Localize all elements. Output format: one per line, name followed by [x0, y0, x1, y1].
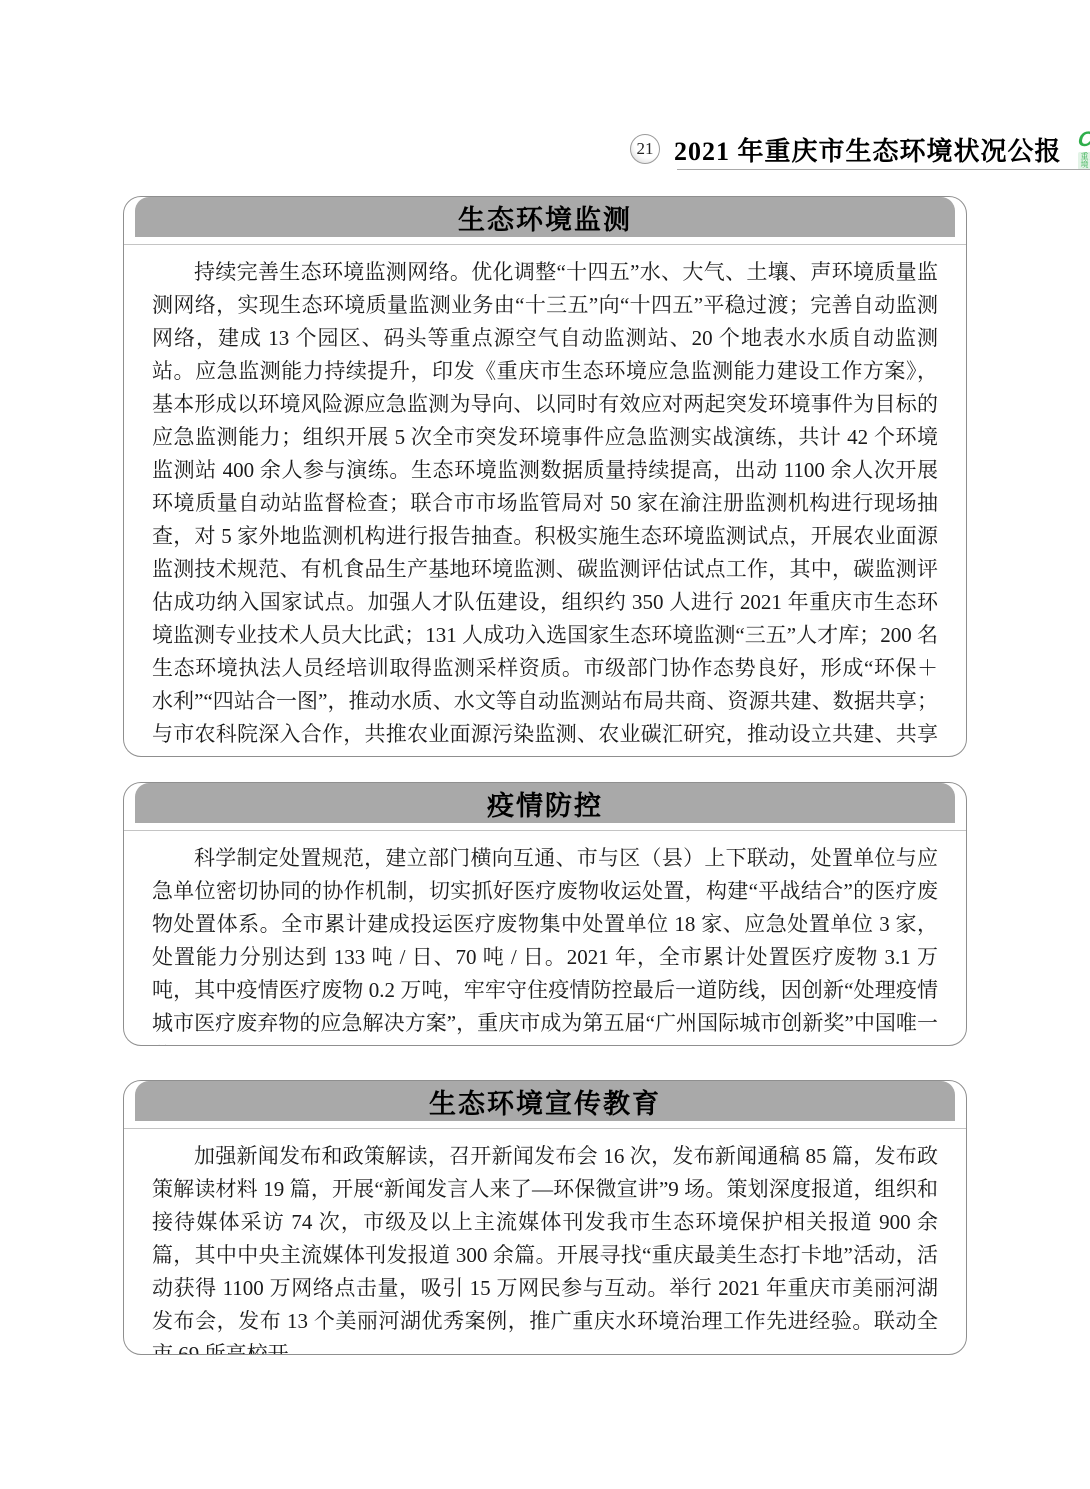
section-monitoring-paragraph: 持续完善生态环境监测网络。优化调整“十四五”水、大气、土壤、声环境质量监测网络，…: [152, 256, 938, 757]
section-education: 生态环境宣传教育 加强新闻发布和政策解读，召开新闻发布会 16 次，发布新闻通稿…: [123, 1080, 967, 1355]
page-number: 21: [637, 139, 654, 159]
section-epidemic-title-bar: 疫情防控: [135, 783, 955, 823]
section-monitoring-title: 生态环境监测: [458, 198, 632, 237]
page-title: 2021 年重庆市生态环境状况公报: [674, 131, 1062, 168]
section-education-body: 加强新闻发布和政策解读，召开新闻发布会 16 次，发布新闻通稿 85 篇，发布政…: [124, 1129, 966, 1355]
cose-logo: Cose 重庆生态环境: [1078, 129, 1090, 170]
section-education-title: 生态环境宣传教育: [429, 1082, 661, 1121]
section-monitoring: 生态环境监测 持续完善生态环境监测网络。优化调整“十四五”水、大气、土壤、声环境…: [123, 196, 967, 757]
header-divider: [677, 169, 1090, 170]
section-monitoring-body: 持续完善生态环境监测网络。优化调整“十四五”水、大气、土壤、声环境质量监测网络，…: [124, 245, 966, 757]
section-epidemic-title: 疫情防控: [487, 784, 603, 823]
page-header: 21 2021 年重庆市生态环境状况公报 Cose 重庆生态环境: [630, 128, 1066, 170]
section-epidemic-body: 科学制定处置规范，建立部门横向互通、市与区（县）上下联动，处置单位与应急单位密切…: [124, 831, 966, 1046]
logo-caption: 重庆生态环境: [1078, 152, 1090, 170]
logo-wordmark: Cose: [1076, 129, 1090, 150]
section-epidemic: 疫情防控 科学制定处置规范，建立部门横向互通、市与区（县）上下联动，处置单位与应…: [123, 782, 967, 1046]
page-number-badge: 21: [630, 134, 660, 164]
section-education-title-bar: 生态环境宣传教育: [135, 1081, 955, 1121]
section-epidemic-paragraph: 科学制定处置规范，建立部门横向互通、市与区（县）上下联动，处置单位与应急单位密切…: [152, 842, 938, 1046]
section-education-paragraph: 加强新闻发布和政策解读，召开新闻发布会 16 次，发布新闻通稿 85 篇，发布政…: [152, 1140, 938, 1355]
section-monitoring-title-bar: 生态环境监测: [135, 197, 955, 237]
